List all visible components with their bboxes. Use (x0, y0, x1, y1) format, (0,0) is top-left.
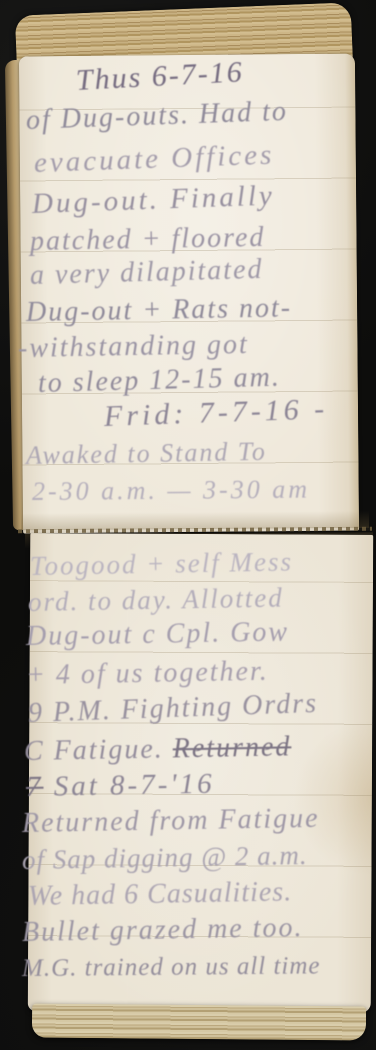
bottom-page-edges (32, 1004, 366, 1041)
diary-line: Bullet grazed me too. (22, 912, 304, 949)
struck-word: Returned (172, 731, 291, 764)
struck-word: 7 (26, 771, 44, 803)
diary-line: of Sap digging @ 2 a.m. (22, 840, 308, 876)
diary-line: Dug-out + Rats not- (26, 292, 293, 329)
diary-line: Returned from Fatigue (22, 803, 320, 840)
diary-line: Toogood + self Mess (30, 546, 294, 582)
diary-line: a very dilapitated (30, 254, 264, 292)
diary-line: 2-30 a.m. — 3-30 am (32, 475, 310, 507)
notebook-photo: Thus 6-7-16 of Dug-outs. Had to evacuate… (0, 0, 376, 1050)
diary-line: patched + floored (30, 222, 266, 258)
diary-line: M.G. trained on us all time (22, 952, 321, 983)
diary-line: ord. to day. Allotted (28, 583, 284, 618)
diary-line-text: C Fatigue. (24, 733, 173, 767)
diary-line: Dug-out c Cpl. Gow (26, 616, 290, 653)
diary-line-text: Sat 8-7-'16 (43, 768, 215, 803)
diary-line: + 4 of us together. (26, 656, 269, 692)
diary-line: Awaked to Stand To (26, 437, 267, 471)
diary-date-heading: 7 Sat 8-7-'16 (26, 768, 215, 804)
diary-line: -withstanding got (18, 329, 249, 365)
diary-line: C Fatigue. Returned (24, 731, 292, 768)
diary-line: We had 6 Casualities. (28, 876, 293, 913)
